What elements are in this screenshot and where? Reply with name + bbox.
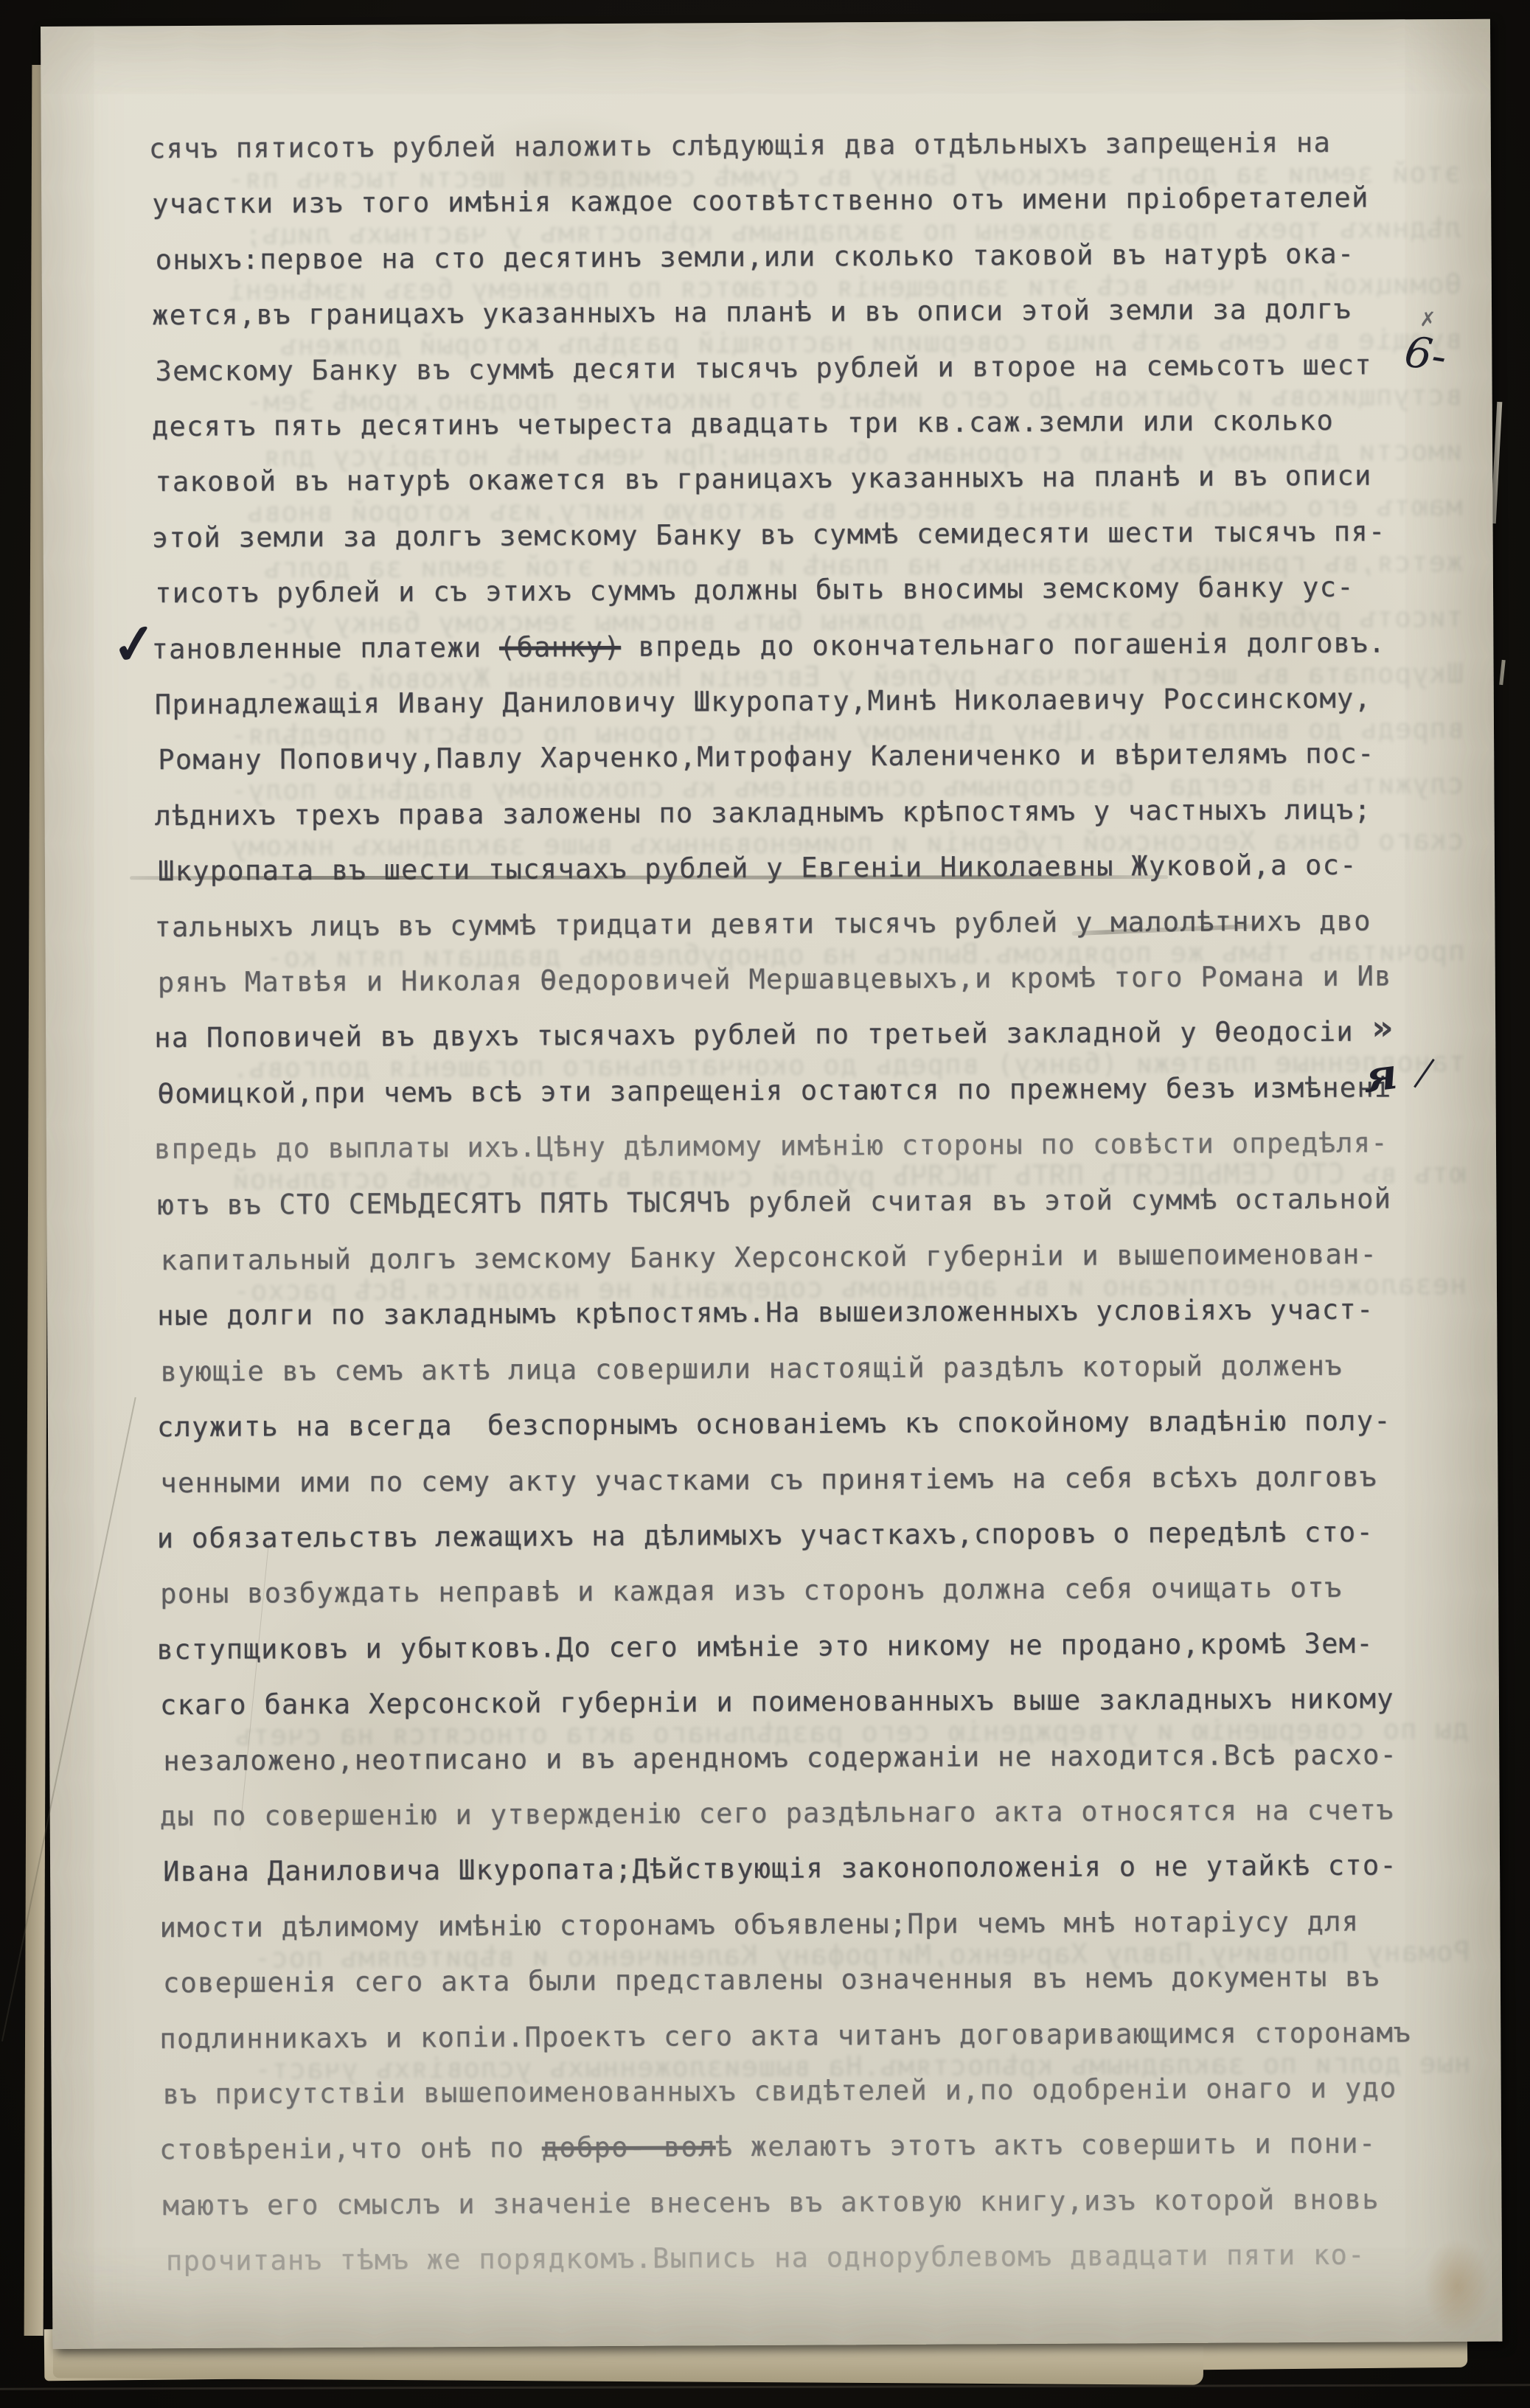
typed-line: жется,въ границахъ указанныхъ на планѣ и… <box>152 295 1352 331</box>
typed-line: Роману Поповичу,Павлу Харченко,Митрофану… <box>158 740 1374 776</box>
typed-line: участки изъ того имѣнія каждое соотвѣтст… <box>152 184 1369 220</box>
typed-line: прочитанъ тѣмъ же порядкомъ.Выпись на од… <box>166 2241 1366 2277</box>
typed-line: тановленные платежи (банку) впредь до ок… <box>151 628 1385 664</box>
typed-line: незаложено,неотписано и въ арендномъ сод… <box>163 1740 1397 1776</box>
background-shadow-line <box>0 2384 1530 2390</box>
typed-line: впредь до выплаты ихъ.Цѣну дѣлимому имѣн… <box>154 1129 1388 1165</box>
typed-line: этой земли за долгъ земскому Банку въ су… <box>152 517 1386 553</box>
handwritten-correction-ya: я <box>1360 1048 1399 1102</box>
underlying-page-edge-right-tick <box>1499 660 1506 685</box>
typed-text: этой земли за долгъ земскому Банку въ су… <box>41 19 1502 2349</box>
typed-line: сячъ пятисотъ рублей наложить слѣдующія … <box>149 128 1331 164</box>
insertion-mark: » <box>1371 1007 1394 1047</box>
typed-line: имости дѣлимому имѣнію сторонамъ объявле… <box>159 1907 1359 1943</box>
typed-line: ные долги по закладнымъ крѣпостямъ.На вы… <box>157 1295 1374 1332</box>
typed-line: оныхъ:первое на сто десятинъ земли,или с… <box>156 239 1355 275</box>
typed-line: совершенія сего акта были представлены о… <box>163 1963 1380 1999</box>
photo-background: этой земли за долгъ земскому Банку въ су… <box>0 0 1530 2408</box>
typed-line: тисотъ рублей и съ этихъ суммъ должны бы… <box>155 573 1355 609</box>
document-page: этой земли за долгъ земскому Банку въ су… <box>41 19 1502 2349</box>
typed-line: ютъ въ СТО СЕМЬДЕСЯТЪ ПЯТЬ ТЫСЯЧЪ рублей… <box>157 1184 1391 1220</box>
typed-line: тальныхъ лицъ въ суммѣ тридцати девяти т… <box>154 906 1371 942</box>
typed-line: Шкуропата въ шести тысячахъ рублей у Евг… <box>158 851 1357 887</box>
typed-line: подлинникахъ и копіи.Проектъ сего акта ч… <box>159 2018 1411 2054</box>
typed-line: служить на всегда безспорнымъ основаніем… <box>157 1407 1391 1443</box>
typed-line: таковой въ натурѣ окажется въ границахъ … <box>155 462 1371 498</box>
typed-line: на Поповичей въ двухъ тысячахъ рублей по… <box>154 1017 1354 1054</box>
typed-line: лѣднихъ трехъ права заложены по закладны… <box>155 795 1371 831</box>
typed-line: десятъ пять десятинъ четыреста двадцать … <box>152 406 1334 442</box>
typed-line: ченными ими по сему акту участками съ пр… <box>160 1462 1377 1498</box>
typed-line: капитальный долгъ земскому Банку Херсонс… <box>161 1240 1377 1276</box>
typed-line: рянъ Матвѣя и Николая Ѳедоровичей Мершав… <box>158 961 1392 998</box>
typed-line: Принадлежащія Ивану Даниловичу Шкуропату… <box>155 684 1371 720</box>
handwritten-checkmark: ✓ <box>108 610 161 678</box>
typed-line: вступщиковъ и убытковъ.До сего имѣніе эт… <box>156 1629 1373 1665</box>
struck-text: добро- вол <box>542 2132 716 2164</box>
typed-line: Ѳомицкой,при чемъ всѣ эти запрещенія ост… <box>157 1073 1391 1109</box>
typed-line: въ присутствіи вышепоименованныхъ свидѣт… <box>163 2073 1397 2109</box>
typed-line: скаго банка Херсонской губерніи и поимен… <box>160 1685 1394 1721</box>
struck-text: (банку) <box>499 630 621 663</box>
typed-line: вующіе въ семъ актѣ лица совершили насто… <box>160 1351 1342 1387</box>
typed-line: ды по совершенію и утвержденію сего разд… <box>160 1795 1394 1831</box>
typed-line: Ивана Даниловича Шкуропата;Дѣйствующія з… <box>163 1851 1397 1887</box>
typed-line: маютъ его смыслъ и значеніе внесенъ въ а… <box>162 2185 1379 2221</box>
handwritten-correction-six: 6- <box>1402 326 1450 382</box>
typed-line: стовѣреніи,что онѣ по добро- волѣ желают… <box>159 2129 1377 2165</box>
typed-line: Земскому Банку въ суммѣ десяти тысячъ ру… <box>155 350 1371 386</box>
typed-line: роны возбуждать неправѣ и каждая изъ сто… <box>160 1573 1342 1609</box>
typed-line: и обязательствъ лежащихъ на дѣлимыхъ уча… <box>157 1518 1374 1554</box>
